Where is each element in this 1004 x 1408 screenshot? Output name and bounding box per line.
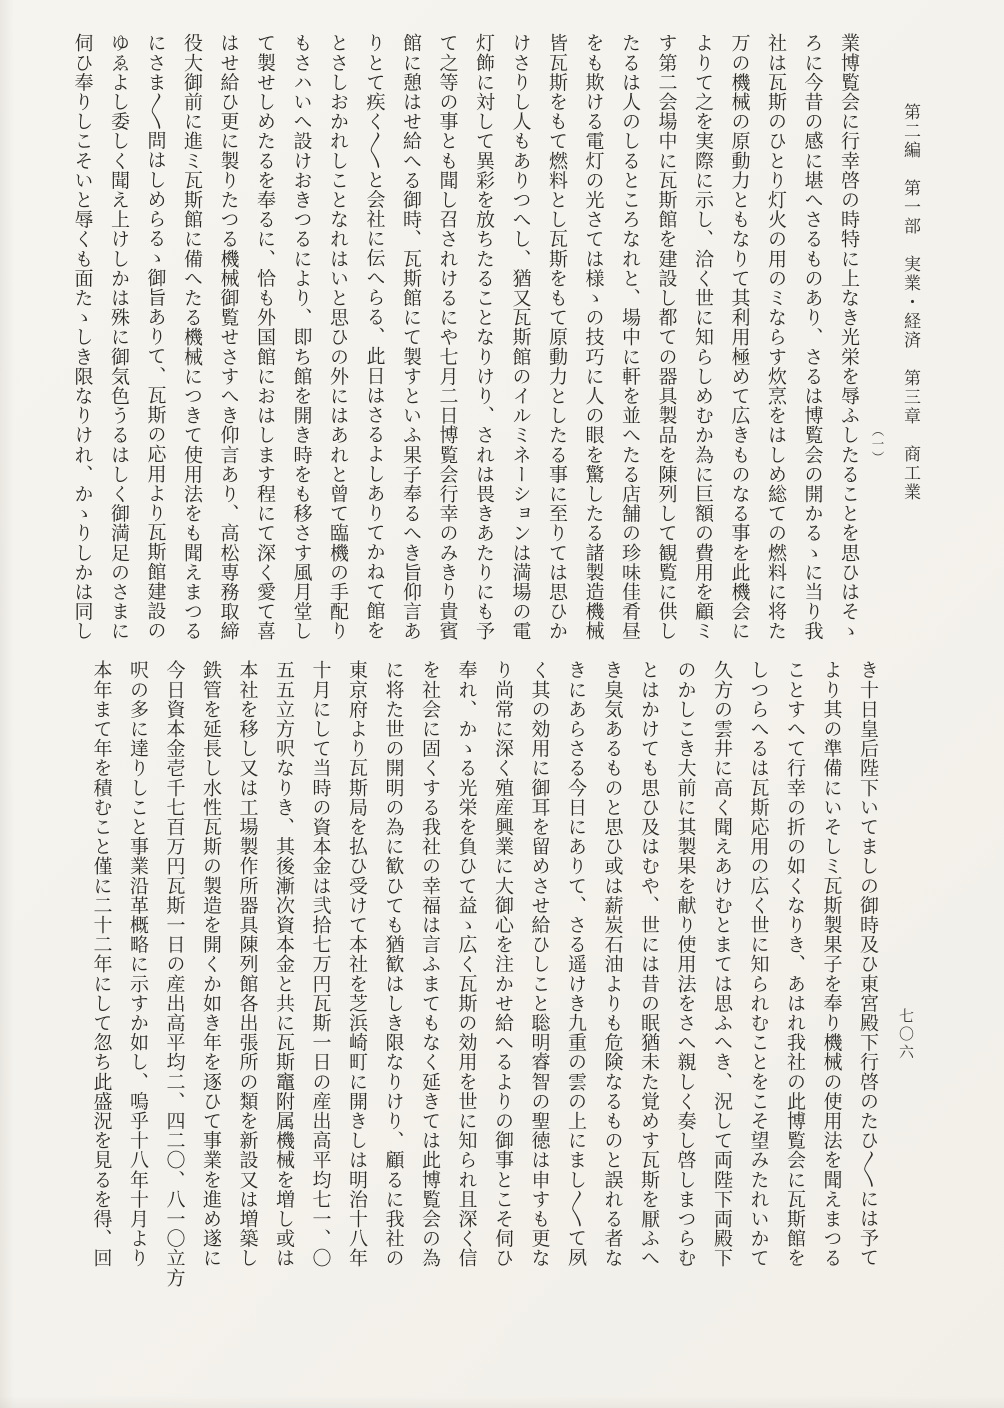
text-column: 鉄管を延長し水性瓦斯の製造を開くか如き年を逐ひて事業を進め遂に	[201, 660, 220, 1310]
text-column: 本年まて年を積むこと僅に二十二年にして忽ち此盛況を見るを得、回	[92, 660, 111, 1310]
text-column: とはかけても思ひ及はむや、世には昔の眠猶未た覚めす瓦斯を厭ふへ	[639, 660, 658, 1310]
text-column: き十日皇后陛下いてましの御時及ひ東宮殿下行啓のたひ〳〵には予て	[858, 660, 877, 1310]
text-column: 呎の多に達りしこと事業沿革概略に示すか如し、嗚乎十八年十月より	[128, 660, 147, 1310]
text-column: しつらへるは瓦斯応用の広く世に知られむことをこそ望みたれいかて	[749, 660, 768, 1310]
running-head: 第二編 第一部 実業・経済 第三章 商工業	[900, 103, 920, 433]
text-column: 皆瓦斯をもて燃料とし瓦斯をもて原動力としたる事に至りては思ひか	[547, 33, 566, 665]
text-column: もさハいへ設けおきつるにより、即ち館を開き時をも移さす風月堂し	[292, 33, 311, 665]
text-column: のかしこき大前に其製果を献り使用法をさへ親しく奏し啓しまつらむ	[676, 660, 695, 1310]
text-column: 奉れ、かゝる光栄を負ひて益ゝ広く瓦斯の効用を世に知られ且深く信	[457, 660, 476, 1310]
text-column: にさま〳〵問はしめらるゝ御旨ありて、瓦斯の応用より瓦斯館建設の	[146, 33, 165, 665]
text-column: 館に憩はせ給へる御時、瓦斯館にて製すといふ果子奉るへき旨仰言あ	[401, 33, 420, 665]
text-column: く其の効用に御耳を留めさせ給ひしこと聡明睿智の聖徳は申すも更な	[530, 660, 549, 1310]
text-column: ことすへて行幸の折の如くなりき、あはれ我社の此博覧会に瓦斯館を	[785, 660, 804, 1310]
folio-page-number: 七〇六	[895, 1008, 916, 1062]
text-column: ろに今昔の感に堪へさるものあり、さるは博覧会の開かるゝに当り我	[803, 33, 822, 665]
text-column: に将た世の開明の為に歓ひても猶歓はしき限なりけり、顧るに我社の	[384, 660, 403, 1310]
text-column: より其の準備にいそしミ瓦斯製果子を奉り機械の使用法を聞えまつる	[822, 660, 841, 1310]
text-column: 五五立方呎なりき、其後漸次資本金と共に瓦斯竈附属機械を増し或は	[274, 660, 293, 1310]
text-column: て製せしめたるを奉るに、恰も外国館におはします程にて深く愛て喜	[255, 33, 274, 665]
text-column: を社会に固くする我社の幸福は言ふまてもなく延きては此博覧会の為	[420, 660, 439, 1310]
text-column: りとて疾く〳〵と会社に伝へらる、此日はさるよしありてかねて館を	[365, 33, 384, 665]
text-column: 業博覧会に行幸啓の時特に上なき光栄を辱ふしたることを思ひはそゝ	[839, 33, 858, 665]
text-column: り尚常に深く殖産興業に大御心を注かせ給へるよりの御事とこそ伺ひ	[493, 660, 512, 1310]
text-column: とさしおかれしことなれはいと思ひの外にはあれと曾て臨機の手配り	[328, 33, 347, 665]
book-page: 第二編 第一部 実業・経済 第三章 商工業 （一） 七〇六 業博覧会に行幸啓の時…	[0, 0, 1004, 1408]
text-column: をも欺ける電灯の光さては様ゝの技巧に人の眼を驚したる諸製造機械	[584, 33, 603, 665]
text-column: て之等の事とも聞し召されけるにや七月二日博覧会行幸のみきり貴賓	[438, 33, 457, 665]
text-column: 役大御前に進ミ瓦斯館に備へたる機械につきて使用法をも聞えまつる	[182, 33, 201, 665]
section-number: （一）	[868, 424, 886, 465]
text-column: 社は瓦斯のひとり灯火の用のミならす炊烹をはしめ総ての燃料に将た	[766, 33, 785, 665]
text-block-top: 業博覧会に行幸啓の時特に上なき光栄を辱ふしたることを思ひはそゝ ろに今昔の感に堪…	[73, 33, 859, 665]
text-column: たるは人のしるところなれと、場中に軒を並へたる店舗の珍味佳肴昼	[620, 33, 639, 665]
text-column: よりて之を実際に示し、洽く世に知らしめむか為に巨額の費用を顧ミ	[693, 33, 712, 665]
text-column: す第二会場中に瓦斯館を建設し都ての器具製品を陳列して観覧に供し	[657, 33, 676, 665]
text-column: はせ給ひ更に製りたつる機械御覧せさすへき仰言あり、高松専務取締	[219, 33, 238, 665]
text-column: 久方の雲井に高く聞えあけむとまては思ふへき、況して両陛下両殿下	[712, 660, 731, 1310]
text-column: きにあらさる今日にありて、さる遥けき九重の雲の上にまし〳〵て夙	[566, 660, 585, 1310]
text-column: 今日資本金壱千七百万円瓦斯一日の産出高平均二、四二〇、八一〇立方	[165, 660, 184, 1310]
text-column: 伺ひ奉りしこそいと辱くも面たゝしき限なりけれ、かゝりしかは同し	[73, 33, 92, 665]
scan-edge-shade	[0, 1396, 1004, 1408]
text-column: 本社を移し又は工場製作所器具陳列館各出張所の類を新設又は増築し	[238, 660, 257, 1310]
text-block-bottom: き十日皇后陛下いてましの御時及ひ東宮殿下行啓のたひ〳〵には予て より其の準備にい…	[92, 660, 878, 1310]
text-column: ゆゑよし委しく聞え上けしかは殊に御気色うるはしく御満足のさまに	[109, 33, 128, 665]
text-column: 灯飾に対して異彩を放ちたることなりけり、されは畏きあたりにも予	[474, 33, 493, 665]
text-column: 十月にして当時の資本金は弐拾七万円瓦斯一日の産出高平均七一、〇	[311, 660, 330, 1310]
text-column: き臭気あるものと思ひ或は薪炭石油よりも危険なるものと誤れる者な	[603, 660, 622, 1310]
text-column: 東京府より瓦斯局を払ひ受けて本社を芝浜崎町に開きしは明治十八年	[347, 660, 366, 1310]
text-column: けさりし人もありつへし、猶又瓦斯館のイルミネーションは満場の電	[511, 33, 530, 665]
text-column: 万の機械の原動力ともなりて其利用極めて広きものなる事を此機会に	[730, 33, 749, 665]
scan-edge-shade	[0, 0, 14, 1408]
